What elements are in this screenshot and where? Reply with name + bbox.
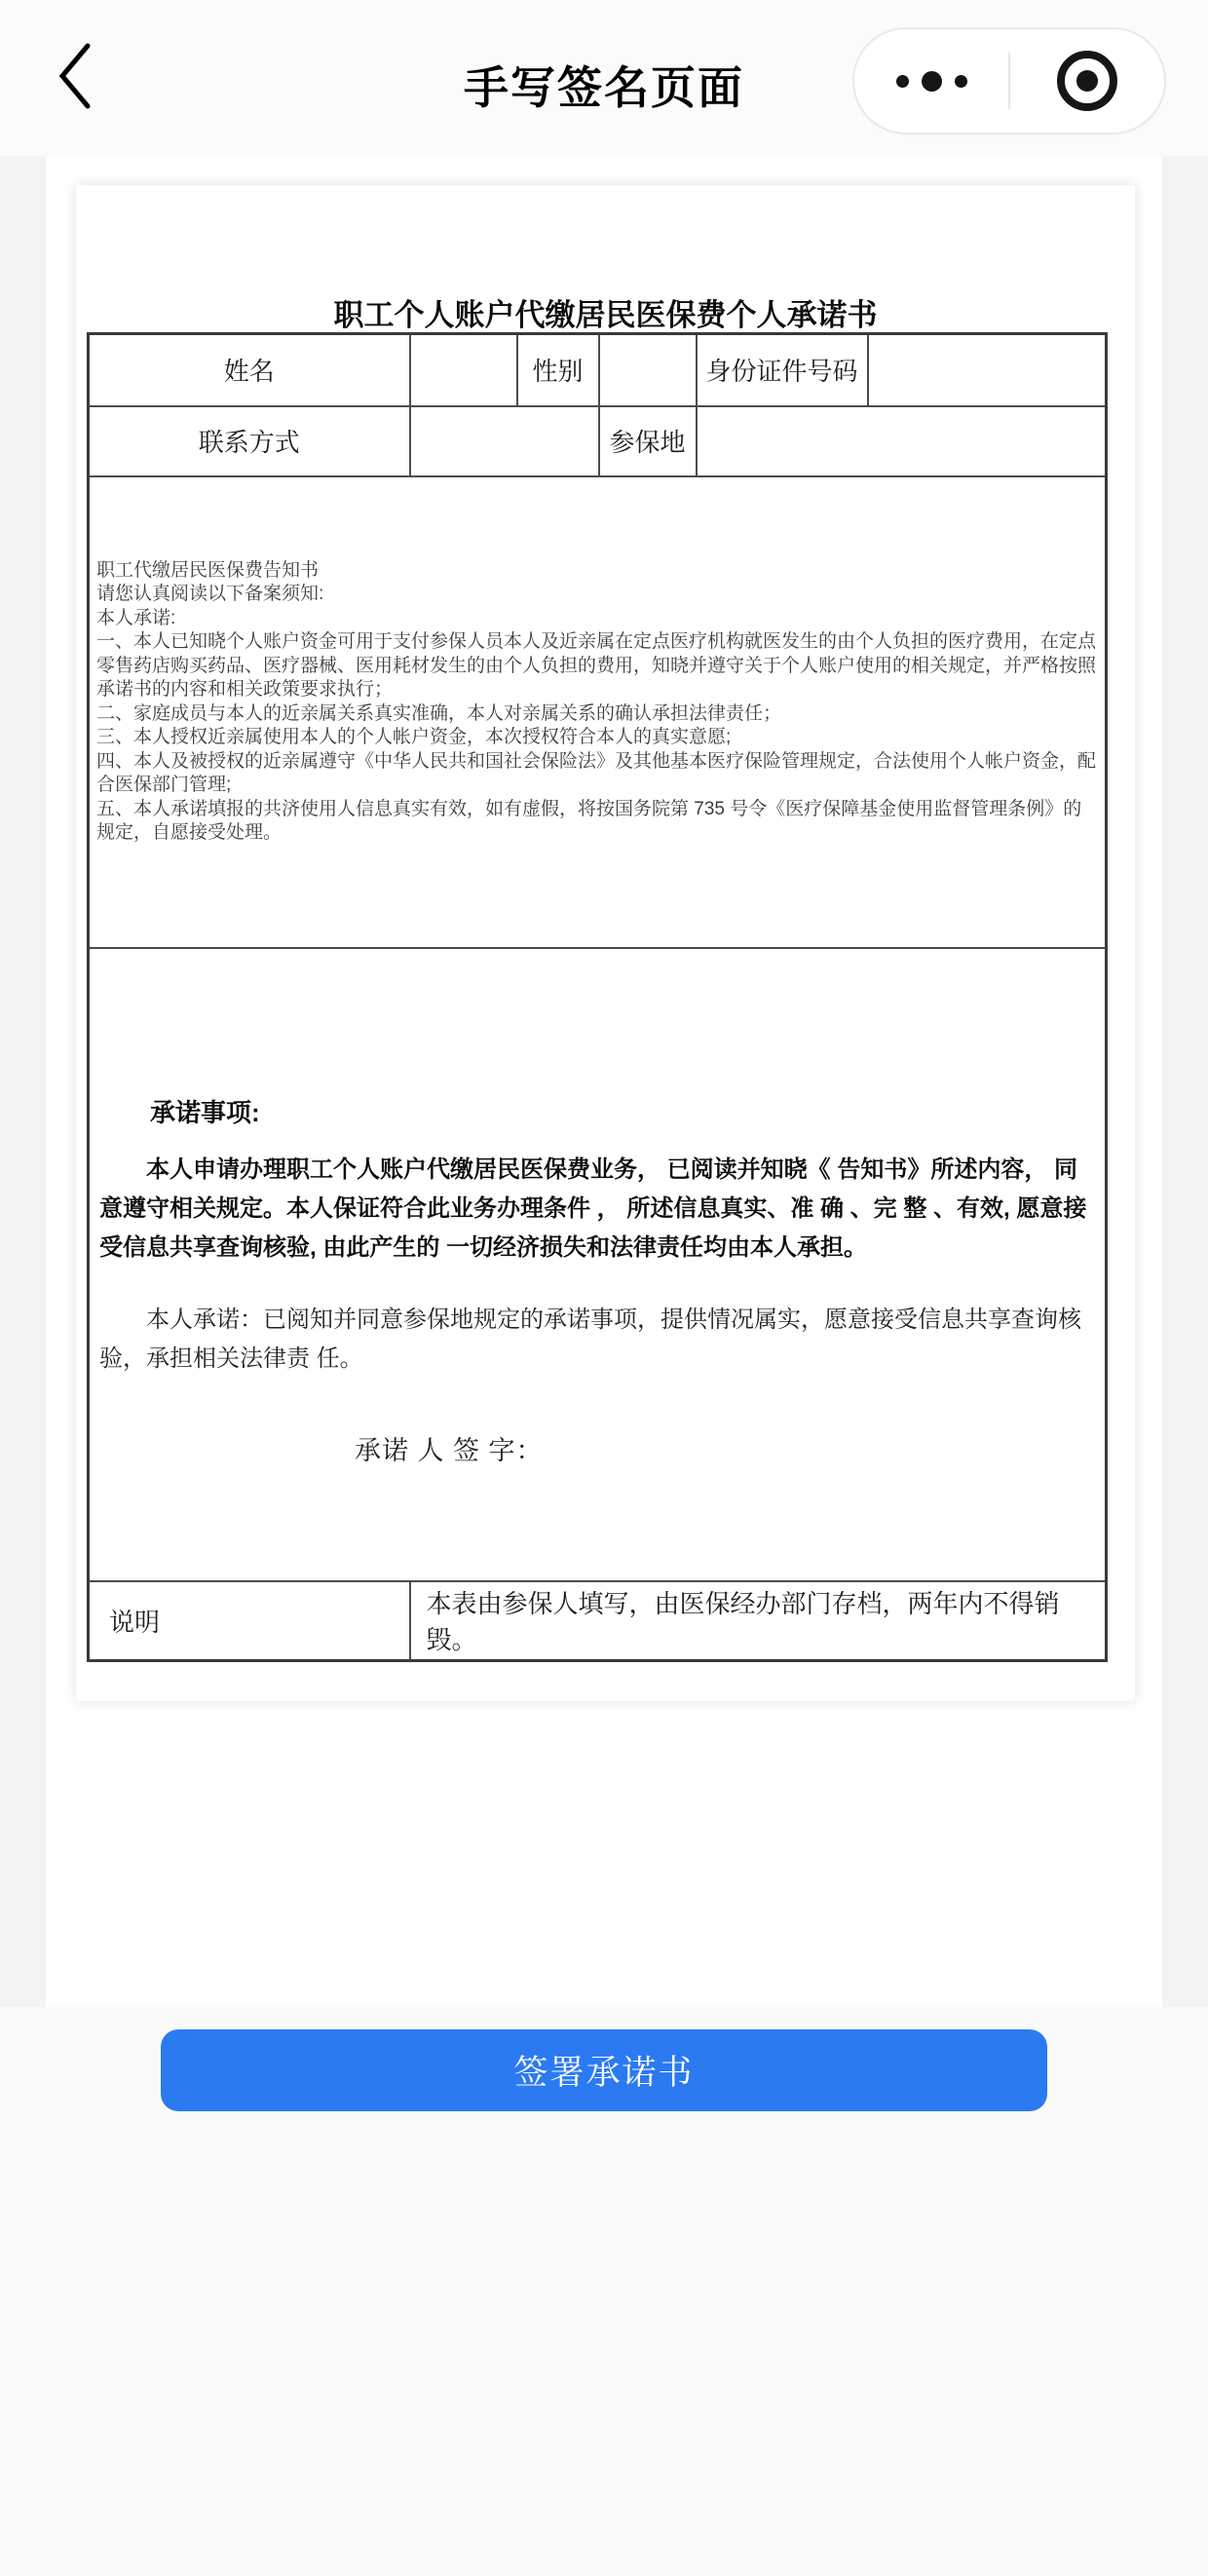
area-value-cell [697,406,1107,476]
table-row: 联系方式 参保地 [89,406,1107,476]
sign-commitment-button[interactable]: 签署承诺书 [161,2029,1047,2111]
document-title: 职工个人账户代缴居民医保费个人承诺书 [76,290,1135,334]
table-row: 姓名 性别 身份证件号码 [89,334,1107,406]
contact-label: 联系方式 [89,406,410,476]
remark-text: 本表由参保人填写，由医保经办部门存档，两年内不得销毁。 [410,1581,1107,1661]
notice-line: 职工代缴居民医保费告知书 [96,559,1097,584]
table-row: 承诺事项: 本人申请办理职工个人账户代缴居民医保费业务， 已阅读并知晓《 告知书… [89,948,1107,1581]
commitment-document: 职工个人账户代缴居民医保费个人承诺书 姓名 性别 身份证件号码 联系方式 参保地… [76,185,1135,1701]
notice-line: 四、本人及被授权的近亲属遵守《中华人民共和国社会保险法》及其他基本医疗保险管理规… [96,750,1097,798]
id-value-cell [868,334,1107,406]
area-label: 参保地 [599,406,697,476]
commitment-bold-text: 本人申请办理职工个人账户代缴居民医保费业务， 已阅读并知晓《 告知书》所述内容，… [99,1151,1095,1268]
notice-line: 一、本人已知晓个人账户资金可用于支付参保人员本人及近亲属在定点医疗机构就医发生的… [96,630,1097,702]
miniprogram-capsule [852,27,1166,134]
notice-line: 请您认真阅读以下备案须知: [96,583,1097,607]
exit-button[interactable] [1010,29,1164,133]
commitment-cell: 承诺事项: 本人申请办理职工个人账户代缴居民医保费业务， 已阅读并知晓《 告知书… [89,948,1107,1581]
notice-line: 五、本人承诺填报的共济使用人信息真实有效，如有虚假，将按国务院第 735 号令《… [96,798,1097,846]
id-label: 身份证件号码 [697,334,868,406]
gender-value-cell [599,334,697,406]
notice-line: 本人承诺: [96,607,1097,631]
signer-signature-label: 承诺 人 签 字： [355,1429,1095,1467]
target-circle-icon [1057,51,1117,111]
info-table: 姓名 性别 身份证件号码 联系方式 参保地 职工代缴居民医保费告知书 请您认真阅… [87,332,1108,1662]
notice-cell: 职工代缴居民医保费告知书 请您认真阅读以下备案须知: 本人承诺: 一、本人已知晓… [89,476,1107,948]
notice-line: 三、本人授权近亲属使用本人的个人帐户资金，本次授权符合本人的真实意愿; [96,726,1097,750]
gender-label: 性别 [517,334,599,406]
contact-value-cell [410,406,599,476]
table-row: 职工代缴居民医保费告知书 请您认真阅读以下备案须知: 本人承诺: 一、本人已知晓… [89,476,1107,948]
table-row: 说明 本表由参保人填写，由医保经办部门存档，两年内不得销毁。 [89,1581,1107,1661]
remark-label: 说明 [89,1581,410,1661]
commitment-normal-text: 本人承诺：已阅知并同意参保地规定的承诺事项，提供情况属实，愿意接受信息共享查询核… [99,1301,1095,1379]
three-dots-icon [896,71,967,92]
commitment-heading: 承诺事项: [99,1093,1095,1129]
notice-line: 二、家庭成员与本人的近亲属关系真实准确，本人对亲属关系的确认承担法律责任； [96,702,1097,727]
more-button[interactable] [854,29,1008,133]
name-label: 姓名 [89,334,410,406]
name-value-cell [410,334,517,406]
nav-header: 手写签名页面 [0,0,1208,156]
